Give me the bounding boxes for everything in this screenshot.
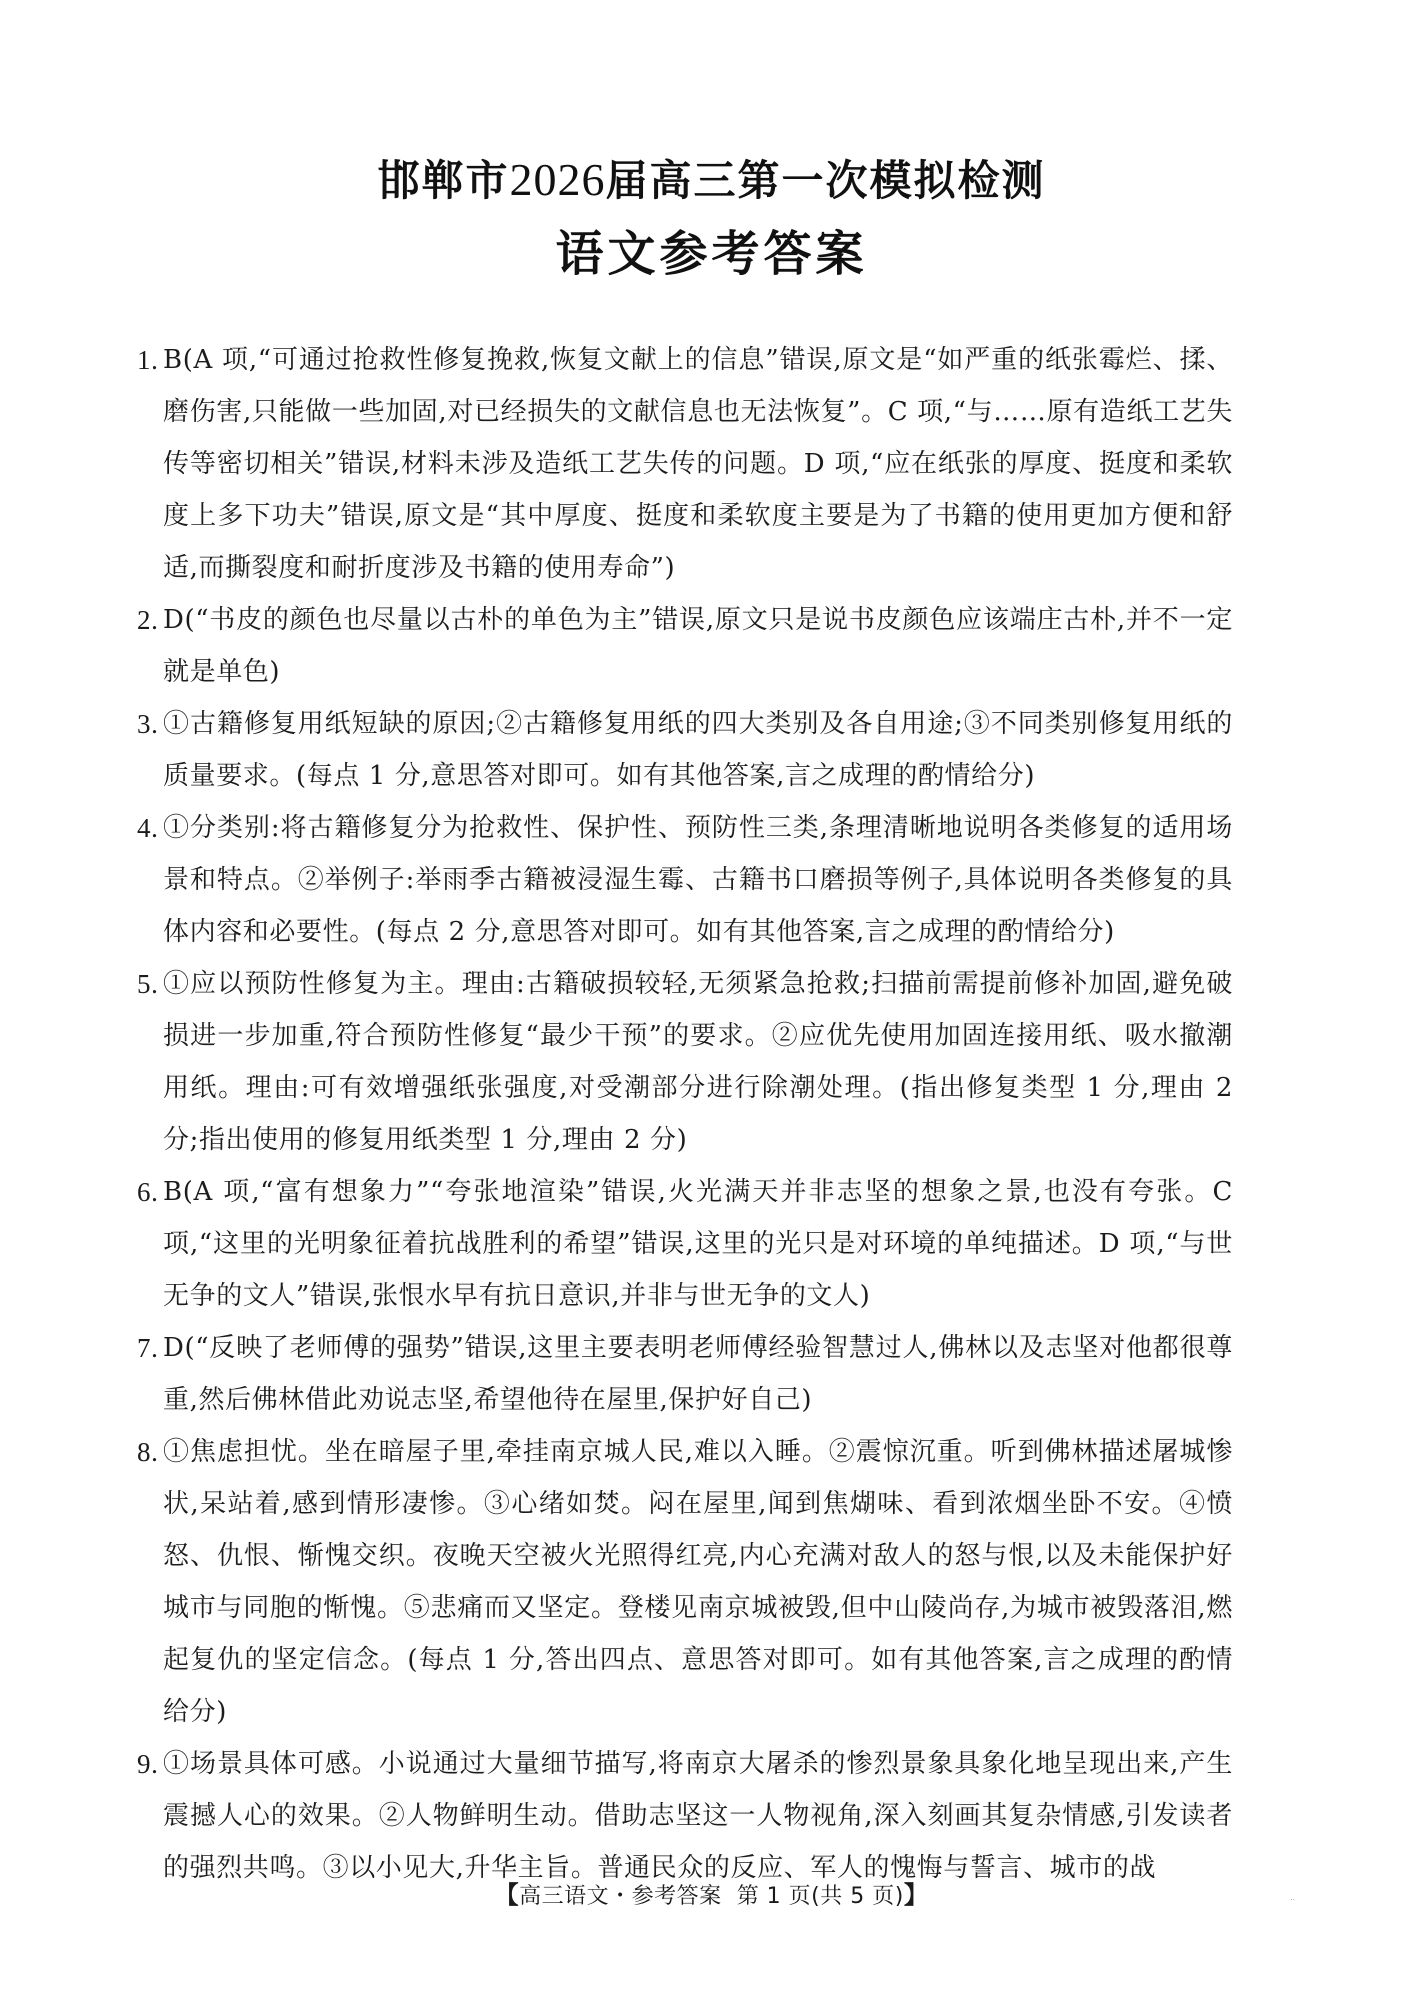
footer-page-info: 第 1 页(共 5 页) <box>737 1884 904 1909</box>
answer-text: ①古籍修复用纸短缺的原因;②古籍修复用纸的四大类别及各自用途;③不同类别修复用纸… <box>163 698 1233 802</box>
answer-text: B(A 项,“富有想象力”“夸张地渲染”错误,火光满天并非志坚的想象之景,也没有… <box>163 1166 1233 1322</box>
answer-text: ①焦虑担忧。坐在暗屋子里,牵挂南京城人民,难以入睡。②震惊沉重。听到佛林描述屠城… <box>163 1426 1233 1738</box>
answer-item-8: 8. ①焦虑担忧。坐在暗屋子里,牵挂南京城人民,难以入睡。②震惊沉重。听到佛林描… <box>137 1426 1233 1738</box>
corner-mark: .. <box>1290 1893 1295 1902</box>
answer-list: 1. B(A 项,“可通过抢救性修复挽救,恢复文献上的信息”错误,原文是“如严重… <box>137 334 1233 1894</box>
answer-text: ①分类别:将古籍修复分为抢救性、保护性、预防性三类,条理清晰地说明各类修复的适用… <box>163 802 1233 958</box>
answer-number: 9. <box>137 1738 163 1790</box>
answer-item-7: 7. D(“反映了老师傅的强势”错误,这里主要表明老师傅经验智慧过人,佛林以及志… <box>137 1322 1233 1426</box>
answer-text: ①场景具体可感。小说通过大量细节描写,将南京大屠杀的惨烈景象具象化地呈现出来,产… <box>163 1738 1233 1894</box>
answer-item-5: 5. ①应以预防性修复为主。理由:古籍破损较轻,无须紧急抢救;扫描前需提前修补加… <box>137 958 1233 1166</box>
answer-item-1: 1. B(A 项,“可通过抢救性修复挽救,恢复文献上的信息”错误,原文是“如严重… <box>137 334 1233 594</box>
document-subtitle: 语文参考答案 <box>0 222 1423 286</box>
answer-number: 3. <box>137 698 163 750</box>
answer-item-2: 2. D(“书皮的颜色也尽量以古朴的单色为主”错误,原文只是说书皮颜色应该端庄古… <box>137 594 1233 698</box>
exam-title-name: 届高三第一次模拟检测 <box>606 156 1046 205</box>
answer-item-4: 4. ①分类别:将古籍修复分为抢救性、保护性、预防性三类,条理清晰地说明各类修复… <box>137 802 1233 958</box>
answer-number: 8. <box>137 1426 163 1478</box>
answer-number: 2. <box>137 594 163 646</box>
answer-item-6: 6. B(A 项,“富有想象力”“夸张地渲染”错误,火光满天并非志坚的想象之景,… <box>137 1166 1233 1322</box>
footer-label: 高三语文・参考答案 <box>519 1884 722 1909</box>
exam-title-year: 2026 <box>510 154 606 205</box>
answer-number: 7. <box>137 1322 163 1374</box>
exam-title-city: 邯郸市 <box>377 156 509 205</box>
answer-key-page: 邯郸市2026届高三第一次模拟检测 语文参考答案 1. B(A 项,“可通过抢救… <box>0 0 1423 2000</box>
answer-number: 5. <box>137 958 163 1010</box>
exam-title: 邯郸市2026届高三第一次模拟检测 <box>0 152 1423 209</box>
answer-number: 6. <box>137 1166 163 1218</box>
answer-text: B(A 项,“可通过抢救性修复挽救,恢复文献上的信息”错误,原文是“如严重的纸张… <box>163 334 1233 594</box>
answer-number: 4. <box>137 802 163 854</box>
answer-text: ①应以预防性修复为主。理由:古籍破损较轻,无须紧急抢救;扫描前需提前修补加固,避… <box>163 958 1233 1166</box>
answer-text: D(“书皮的颜色也尽量以古朴的单色为主”错误,原文只是说书皮颜色应该端庄古朴,并… <box>163 594 1233 698</box>
footer-open-bracket: 【 <box>495 1881 520 1909</box>
answer-text: D(“反映了老师傅的强势”错误,这里主要表明老师傅经验智慧过人,佛林以及志坚对他… <box>163 1322 1233 1426</box>
page-footer: 【高三语文・参考答案 第 1 页(共 5 页)】 <box>0 1880 1423 1912</box>
answer-item-9: 9. ①场景具体可感。小说通过大量细节描写,将南京大屠杀的惨烈景象具象化地呈现出… <box>137 1738 1233 1894</box>
answer-item-3: 3. ①古籍修复用纸短缺的原因;②古籍修复用纸的四大类别及各自用途;③不同类别修… <box>137 698 1233 802</box>
footer-close-bracket: 】 <box>904 1881 929 1909</box>
answer-number: 1. <box>137 334 163 386</box>
